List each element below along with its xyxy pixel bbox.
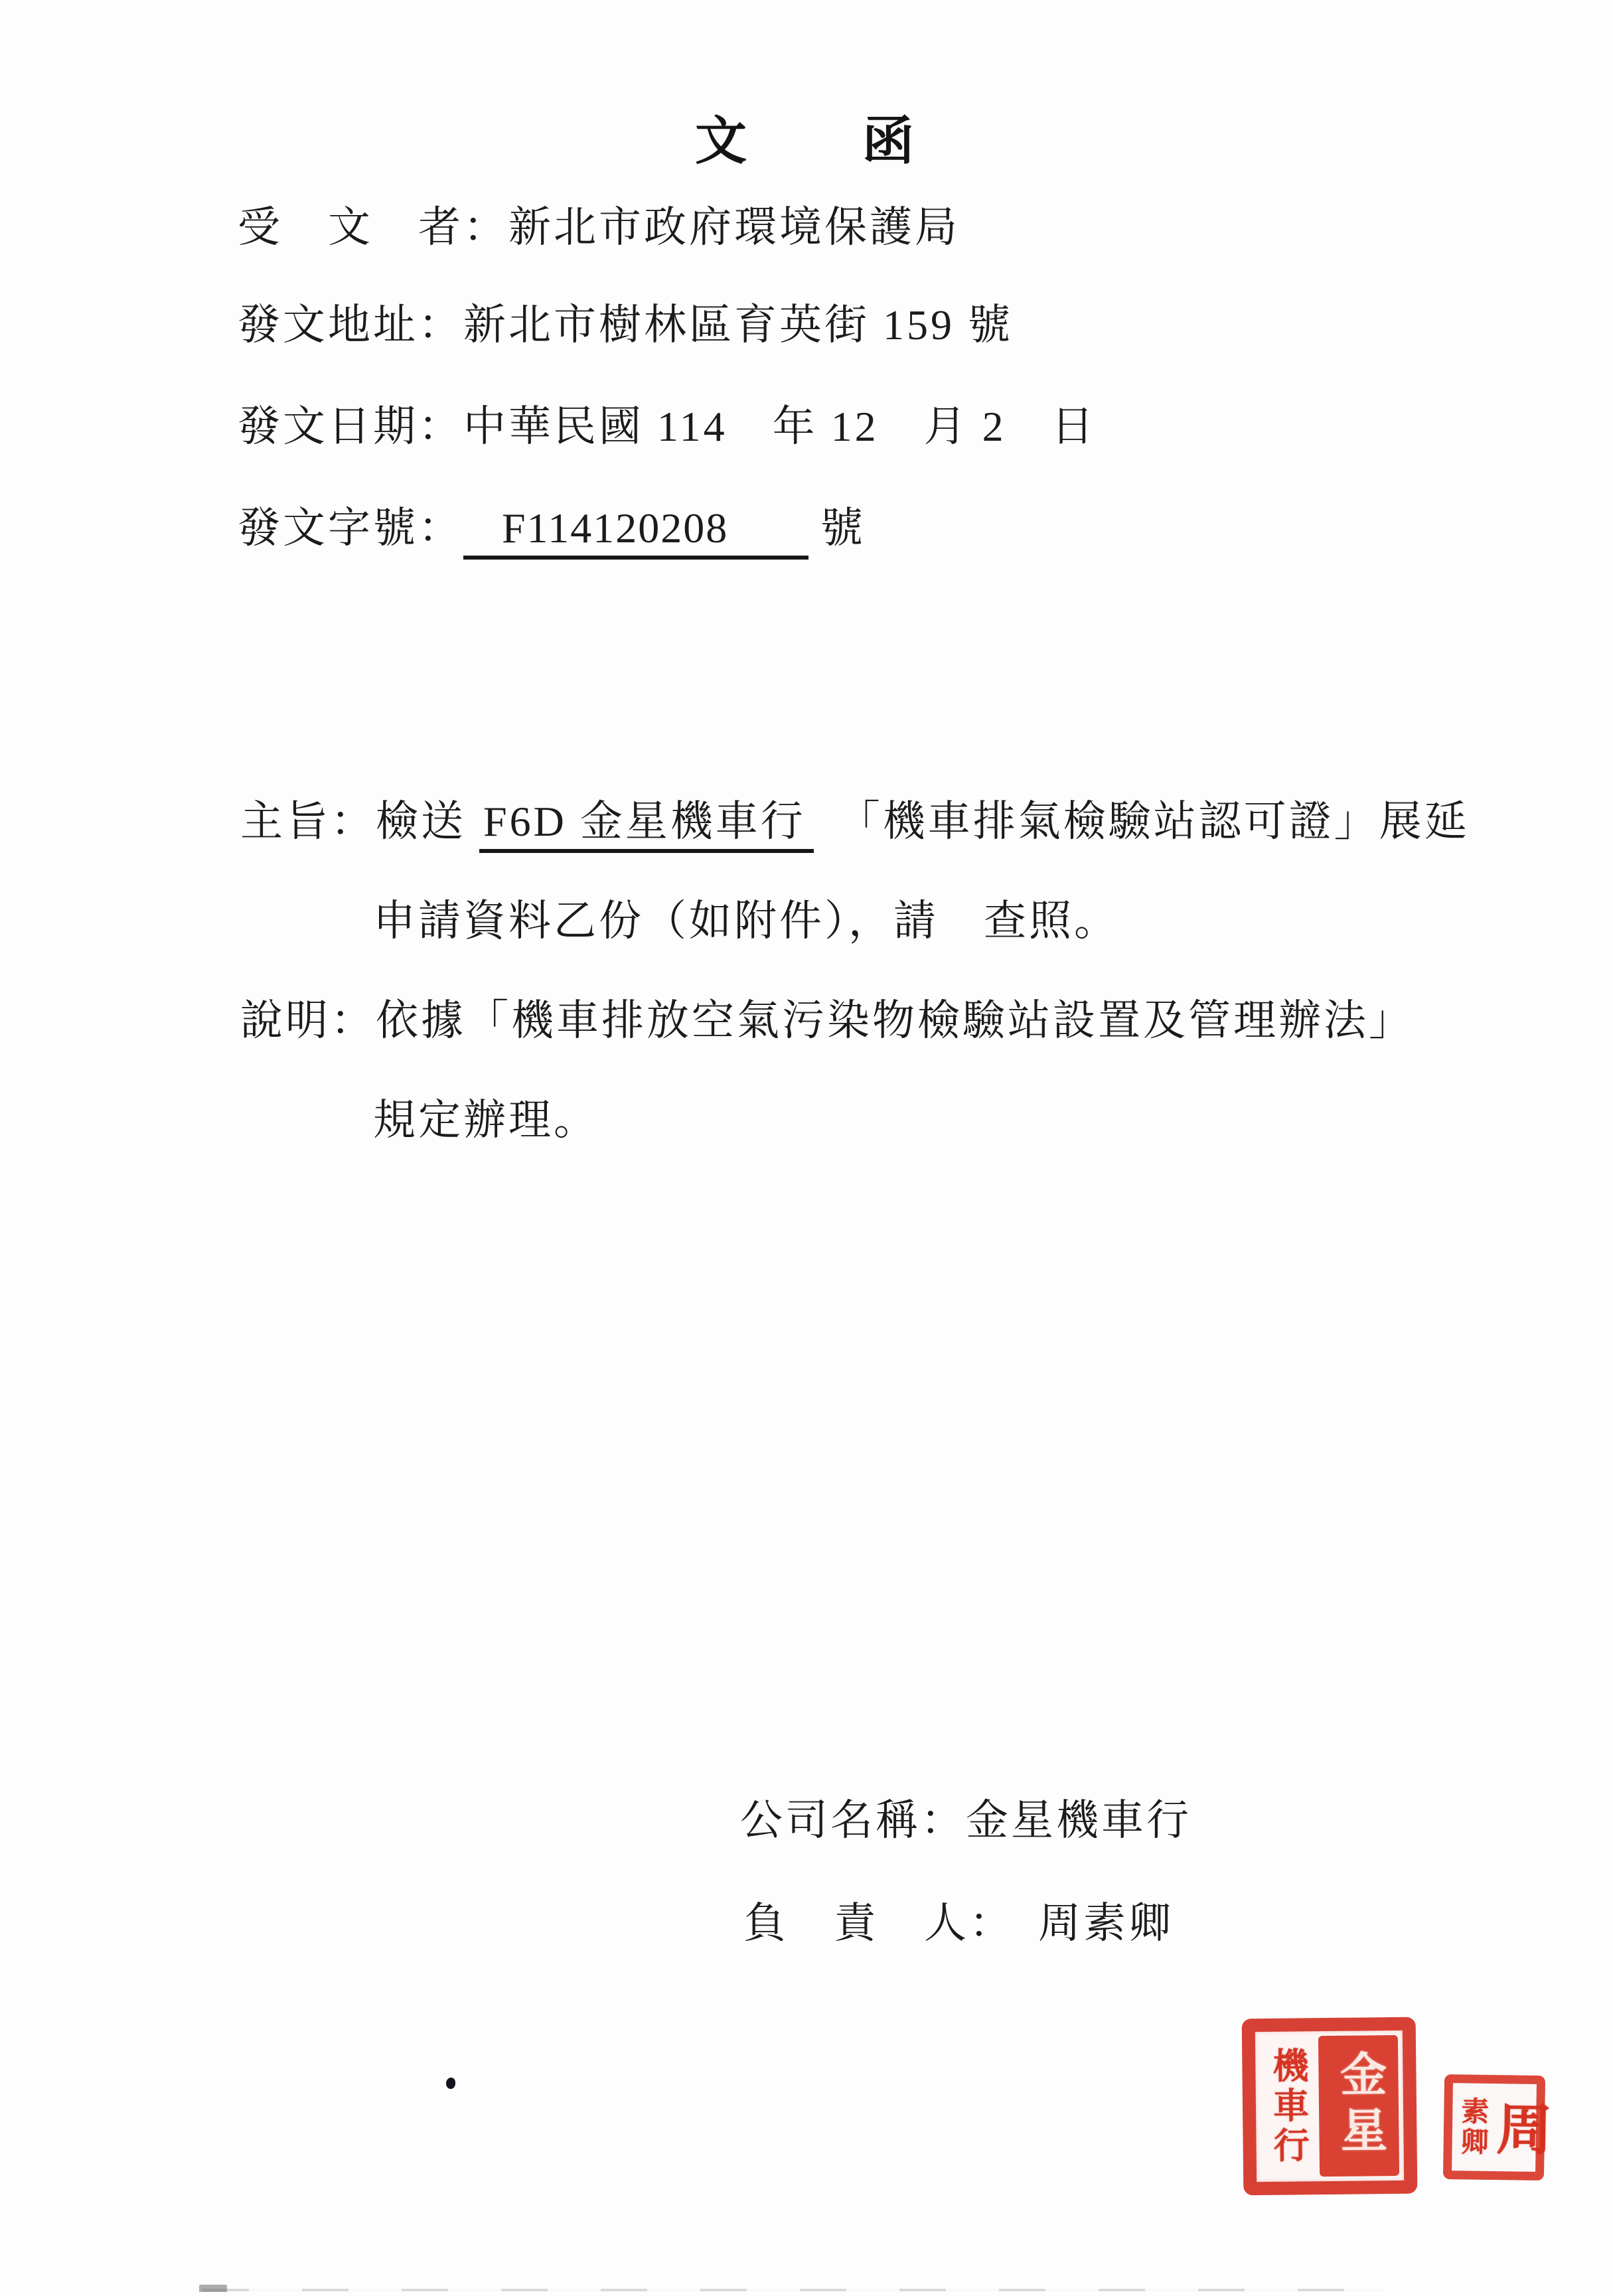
personal-seal-stamp: 素卿 周: [1443, 2074, 1545, 2181]
subject-post-text: 「機車排氣檢驗站認可證」展延: [814, 798, 1470, 845]
company-seal-inner: 機車行 金星: [1260, 2035, 1399, 2177]
explanation-line-1: 說明：依據「機車排放空氣污染物檢驗站設置及管理辦法」: [240, 996, 1414, 1047]
subject-line-2: 申請資料乙份（如附件），請 查照。: [373, 896, 1119, 947]
recipient-line: 受 文 者：新北市政府環境保護局: [238, 202, 960, 254]
doc-number-suffix: 號: [820, 504, 866, 552]
sender-address-line: 發文地址：新北市樹林區育英街 159 號: [238, 300, 1013, 351]
document-page: 文 函 受 文 者：新北市政府環境保護局 發文地址：新北市樹林區育英街 159 …: [0, 0, 1613, 2296]
explanation-line-2: 規定辦理。: [373, 1095, 599, 1146]
document-title: 文 函: [0, 100, 1613, 174]
subject-pre-text: 檢送: [376, 798, 479, 845]
responsible-person-line: 負 責 人： 周素卿: [743, 1898, 1174, 1950]
doc-number-value: F114120208: [463, 503, 808, 560]
personal-seal-right-column: 周: [1490, 2086, 1547, 2169]
company-seal-left-column: 機車行: [1260, 2036, 1316, 2177]
issue-date-line: 發文日期：中華民國 114 年 12 月 2 日: [238, 402, 1097, 453]
scan-corner-artifact: [199, 2285, 227, 2292]
personal-seal-left-column: 素卿: [1454, 2086, 1490, 2169]
company-name-line: 公司名稱：金星機車行: [740, 1796, 1191, 1847]
scan-bottom-edge-artifact: [202, 2289, 1384, 2291]
subject-line-1: 主旨：檢送 F6D 金星機車行 「機車排氣檢驗站認可證」展延: [240, 797, 1470, 853]
personal-seal-inner: 素卿 周: [1454, 2086, 1534, 2169]
ink-speck: [446, 2078, 455, 2089]
subject-underlined-station-name: F6D 金星機車行: [479, 797, 814, 853]
doc-number-line: 發文字號：F114120208號: [238, 503, 866, 560]
company-seal-right-column: 金星: [1318, 2035, 1399, 2177]
company-seal-stamp: 機車行 金星: [1242, 2017, 1418, 2196]
doc-number-label: 發文字號：: [238, 504, 463, 552]
subject-label: 主旨：: [240, 798, 376, 845]
